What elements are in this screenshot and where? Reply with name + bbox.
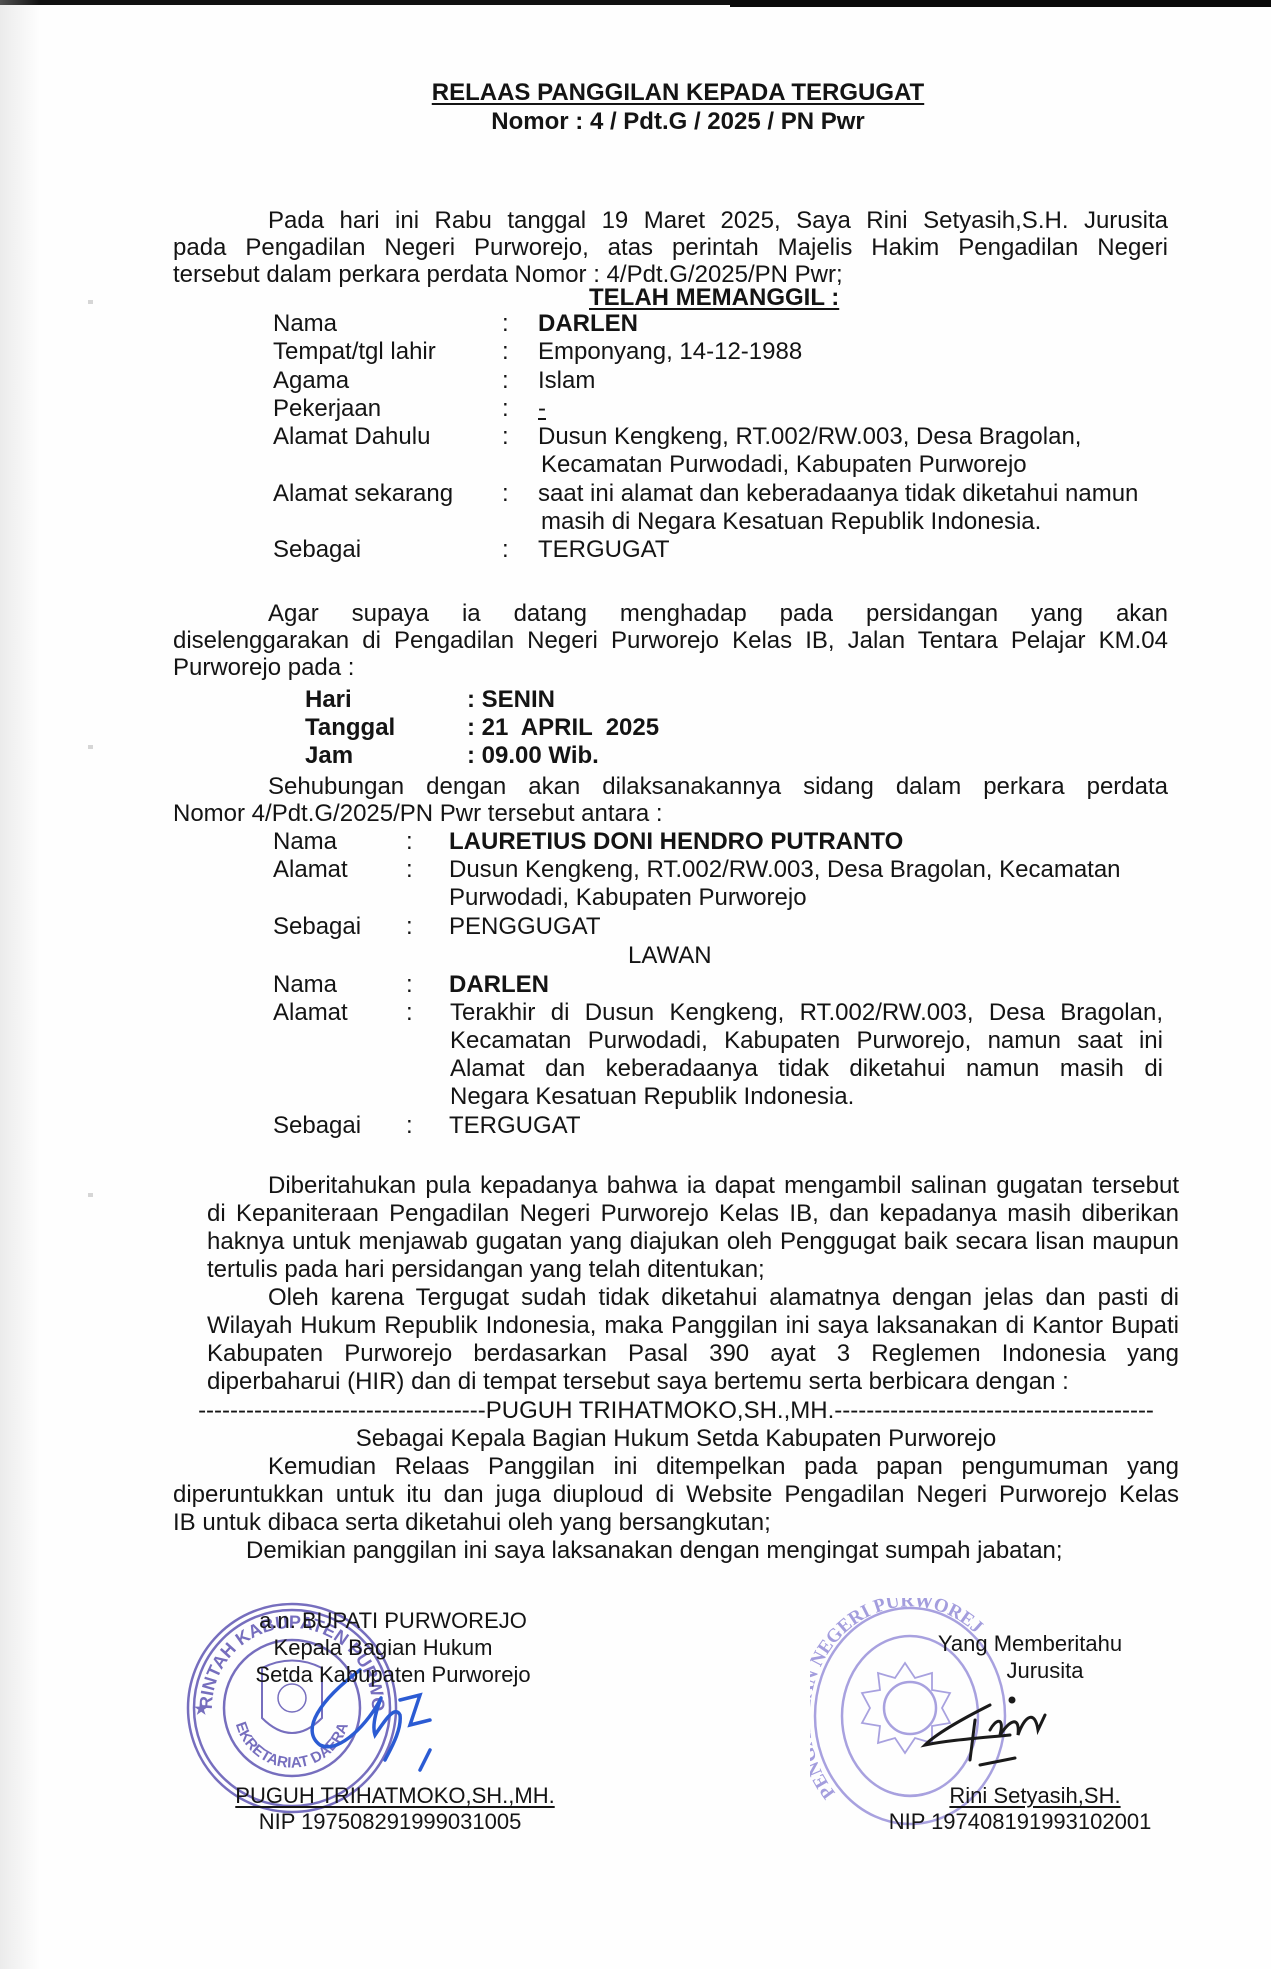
signer-left-line-1: a.n. BUPATI PURWOREJO [228,1607,558,1634]
signer-right-nip: NIP 197408191993102001 [865,1808,1175,1835]
field-label: Alamat [273,856,348,884]
schedule-value: : 09.00 Wib. [467,742,599,770]
notice-line-1: Diberitahukan pula kepadanya bahwa ia da… [268,1172,1179,1200]
summons-line-1: Agar supaya ia datang menghadap pada per… [268,600,1168,628]
scan-edge-shadow [0,0,40,1969]
posting-line-3: IB untuk dibaca serta diketahui oleh yan… [173,1509,771,1537]
related-line-2: Nomor 4/Pdt.G/2025/PN Pwr tersebut antar… [173,800,663,828]
field-label: Tempat/tgl lahir [273,338,436,366]
field-label: Nama [273,310,337,338]
defendant-role: TERGUGAT [449,1112,581,1140]
schedule-label: Hari [305,686,352,714]
signer-left-line-3: Setda Kabupaten Purworejo [228,1661,558,1688]
opening-line-2: pada Pengadilan Negeri Purworejo, atas p… [173,234,1168,262]
schedule-value: : 21 APRIL 2025 [467,714,659,742]
posting-line-1: Kemudian Relaas Panggilan ini ditempelka… [268,1453,1179,1481]
field-colon: : [502,395,509,423]
schedule-value: : SENIN [467,686,555,714]
field-value: Dusun Kengkeng, RT.002/RW.003, Desa Brag… [538,423,1081,451]
signer-left-nip: NIP 197508291999031005 [210,1808,570,1835]
field-colon: : [406,1112,413,1140]
scan-speck [88,745,93,749]
posting-line-2: diperuntukkan untuk itu dan juga diuplou… [173,1481,1179,1509]
summons-line-3: Purworejo pada : [173,654,354,682]
field-value: saat ini alamat dan keberadaanya tidak d… [538,480,1138,508]
reason-line-4: diperbaharui (HIR) dan di tempat tersebu… [207,1368,1069,1396]
signature-right-icon [920,1690,1080,1770]
field-label: Alamat sekarang [273,480,453,508]
field-label: Nama [273,971,337,999]
notice-line-3: haknya untuk menjawab gugatan yang diaju… [207,1228,1179,1256]
field-colon: : [502,480,509,508]
plaintiff-name: LAURETIUS DONI HENDRO PUTRANTO [449,828,903,856]
versus-label: LAWAN [628,942,712,970]
signer-left-name: PUGUH TRIHATMOKO,SH.,MH. [210,1782,580,1809]
plaintiff-address-line-1: Dusun Kengkeng, RT.002/RW.003, Desa Brag… [449,856,1121,884]
summoned-heading: TELAH MEMANGGIL : [589,284,839,312]
field-value-continued: masih di Negara Kesatuan Republik Indone… [541,508,1041,536]
defendant-name: DARLEN [449,971,549,999]
field-colon: : [406,971,413,999]
field-label: Sebagai [273,536,361,564]
defendant-address-line-2: Kecamatan Purwodadi, Kabupaten Purworejo… [450,1027,1163,1055]
field-value: - [538,395,546,423]
field-colon: : [502,310,509,338]
met-person-role: Sebagai Kepala Bagian Hukum Setda Kabupa… [173,1425,1179,1453]
scan-speck [88,1193,93,1197]
case-number: Nomor : 4 / Pdt.G / 2025 / PN Pwr [0,108,1271,136]
reason-line-3: Kabupaten Purworejo berdasarkan Pasal 39… [207,1340,1179,1368]
field-value: Islam [538,367,595,395]
notice-line-4: tertulis pada hari persidangan yang tela… [207,1256,765,1284]
field-label: Agama [273,367,349,395]
field-value-continued: Kecamatan Purwodadi, Kabupaten Purworejo [541,451,1027,479]
field-label: Sebagai [273,1112,361,1140]
signer-right-line-2: Jurusita [895,1657,1195,1684]
reason-line-1: Oleh karena Tergugat sudah tidak diketah… [268,1284,1179,1312]
field-label: Alamat Dahulu [273,423,430,451]
field-value: DARLEN [538,310,638,338]
signer-right-name: Rini Setyasih,SH. [885,1782,1185,1809]
scan-speck [88,300,93,304]
field-colon: : [502,338,509,366]
opening-line-1: Pada hari ini Rabu tanggal 19 Maret 2025… [268,207,1168,235]
related-line-1: Sehubungan dengan akan dilaksanakannya s… [268,773,1168,801]
field-colon: : [502,367,509,395]
field-label: Pekerjaan [273,395,381,423]
field-colon: : [406,999,413,1027]
signer-left-line-2: Kepala Bagian Hukum [228,1634,538,1661]
field-colon: : [502,423,509,451]
field-label: Sebagai [273,913,361,941]
defendant-address-line-3: Alamat dan keberadaanya tidak diketahui … [450,1055,1163,1083]
schedule-label: Jam [305,742,353,770]
notice-line-2: di Kepaniteraan Pengadilan Negeri Purwor… [207,1200,1179,1228]
svg-text:★: ★ [194,1701,209,1718]
field-value: TERGUGAT [538,536,670,564]
defendant-address-line-1: Terakhir di Dusun Kengkeng, RT.002/RW.00… [450,999,1163,1027]
field-label: Alamat [273,999,348,1027]
field-value: Emponyang, 14-12-1988 [538,338,802,366]
document-title: RELAAS PANGGILAN KEPADA TERGUGAT [0,79,1271,107]
field-colon: : [502,536,509,564]
closing-statement: Demikian panggilan ini saya laksanakan d… [246,1537,1063,1565]
scan-top-border-thick [730,0,1271,7]
met-person: ------------------------------------PUGU… [173,1397,1179,1425]
schedule-label: Tanggal [305,714,395,742]
field-colon: : [406,856,413,884]
defendant-address-line-4: Negara Kesatuan Republik Indonesia. [450,1083,854,1111]
summons-line-2: diselenggarakan di Pengadilan Negeri Pur… [173,627,1168,655]
field-label: Nama [273,828,337,856]
signer-right-line-1: Yang Memberitahu [880,1630,1180,1657]
plaintiff-role: PENGGUGAT [449,913,601,941]
reason-line-2: Wilayah Hukum Republik Indonesia, maka P… [207,1312,1179,1340]
field-colon: : [406,828,413,856]
plaintiff-address-line-2: Purwodadi, Kabupaten Purworejo [449,884,807,912]
field-colon: : [406,913,413,941]
